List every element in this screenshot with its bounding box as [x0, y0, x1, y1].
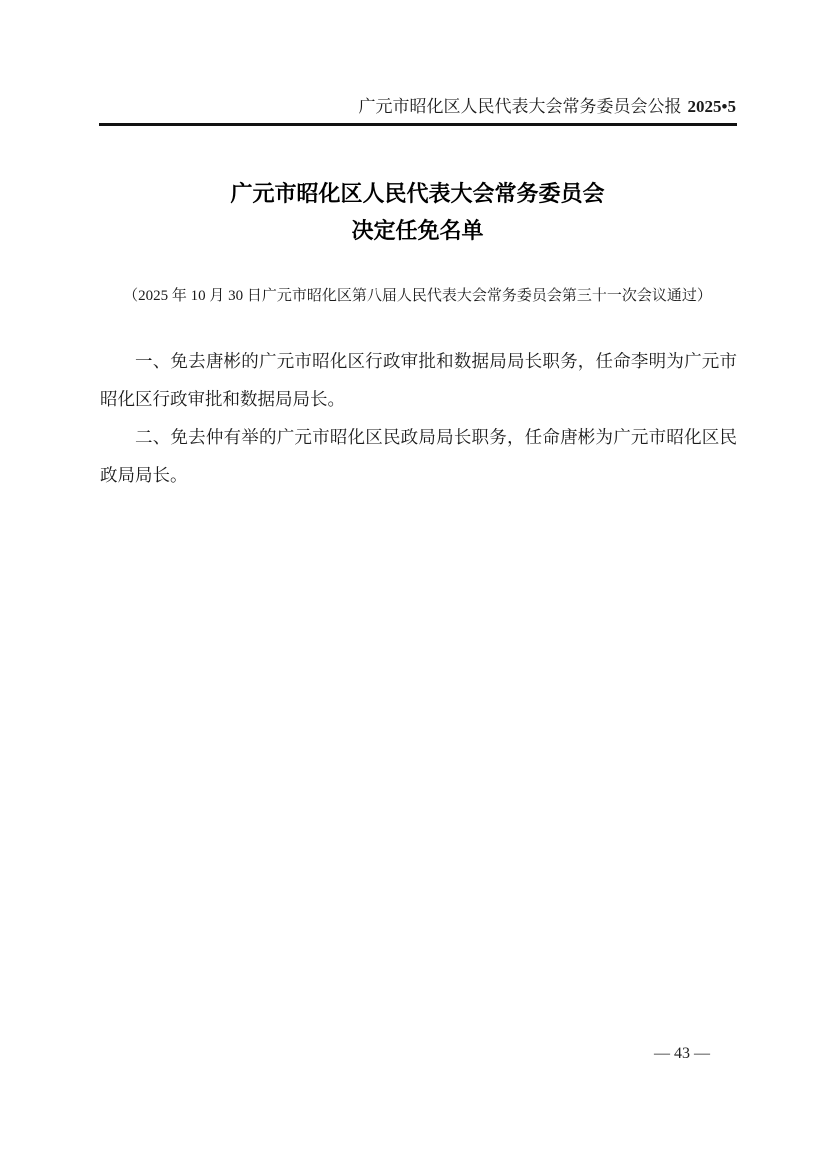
page-number: — 43 — [654, 1044, 710, 1064]
document-title: 广元市昭化区人民代表大会常务委员会 决定任免名单 [99, 175, 736, 249]
header-rule [99, 123, 737, 126]
page-header: 广元市昭化区人民代表大会常务委员会公报2025•5 [99, 96, 736, 118]
paragraph-item-1: 一、免去唐彬的广元市昭化区行政审批和数据局局长职务，任命李明为广元市昭化区行政审… [100, 342, 737, 418]
header-publication-title: 广元市昭化区人民代表大会常务委员会公报 [359, 97, 682, 116]
paragraph-item-2: 二、免去仲有举的广元市昭化区民政局局长职务，任命唐彬为广元市昭化区民政局局长。 [100, 418, 737, 494]
document-body: 一、免去唐彬的广元市昭化区行政审批和数据局局长职务，任命李明为广元市昭化区行政审… [100, 342, 737, 494]
meeting-adoption-note: （2025 年 10 月 30 日广元市昭化区第八届人民代表大会常务委员会第三十… [99, 286, 736, 306]
document-page: 广元市昭化区人民代表大会常务委员会公报2025•5 广元市昭化区人民代表大会常务… [0, 0, 827, 1170]
title-line-1: 广元市昭化区人民代表大会常务委员会 [99, 175, 736, 212]
title-line-2: 决定任免名单 [99, 212, 736, 249]
header-issue-number: 2025•5 [688, 97, 736, 116]
